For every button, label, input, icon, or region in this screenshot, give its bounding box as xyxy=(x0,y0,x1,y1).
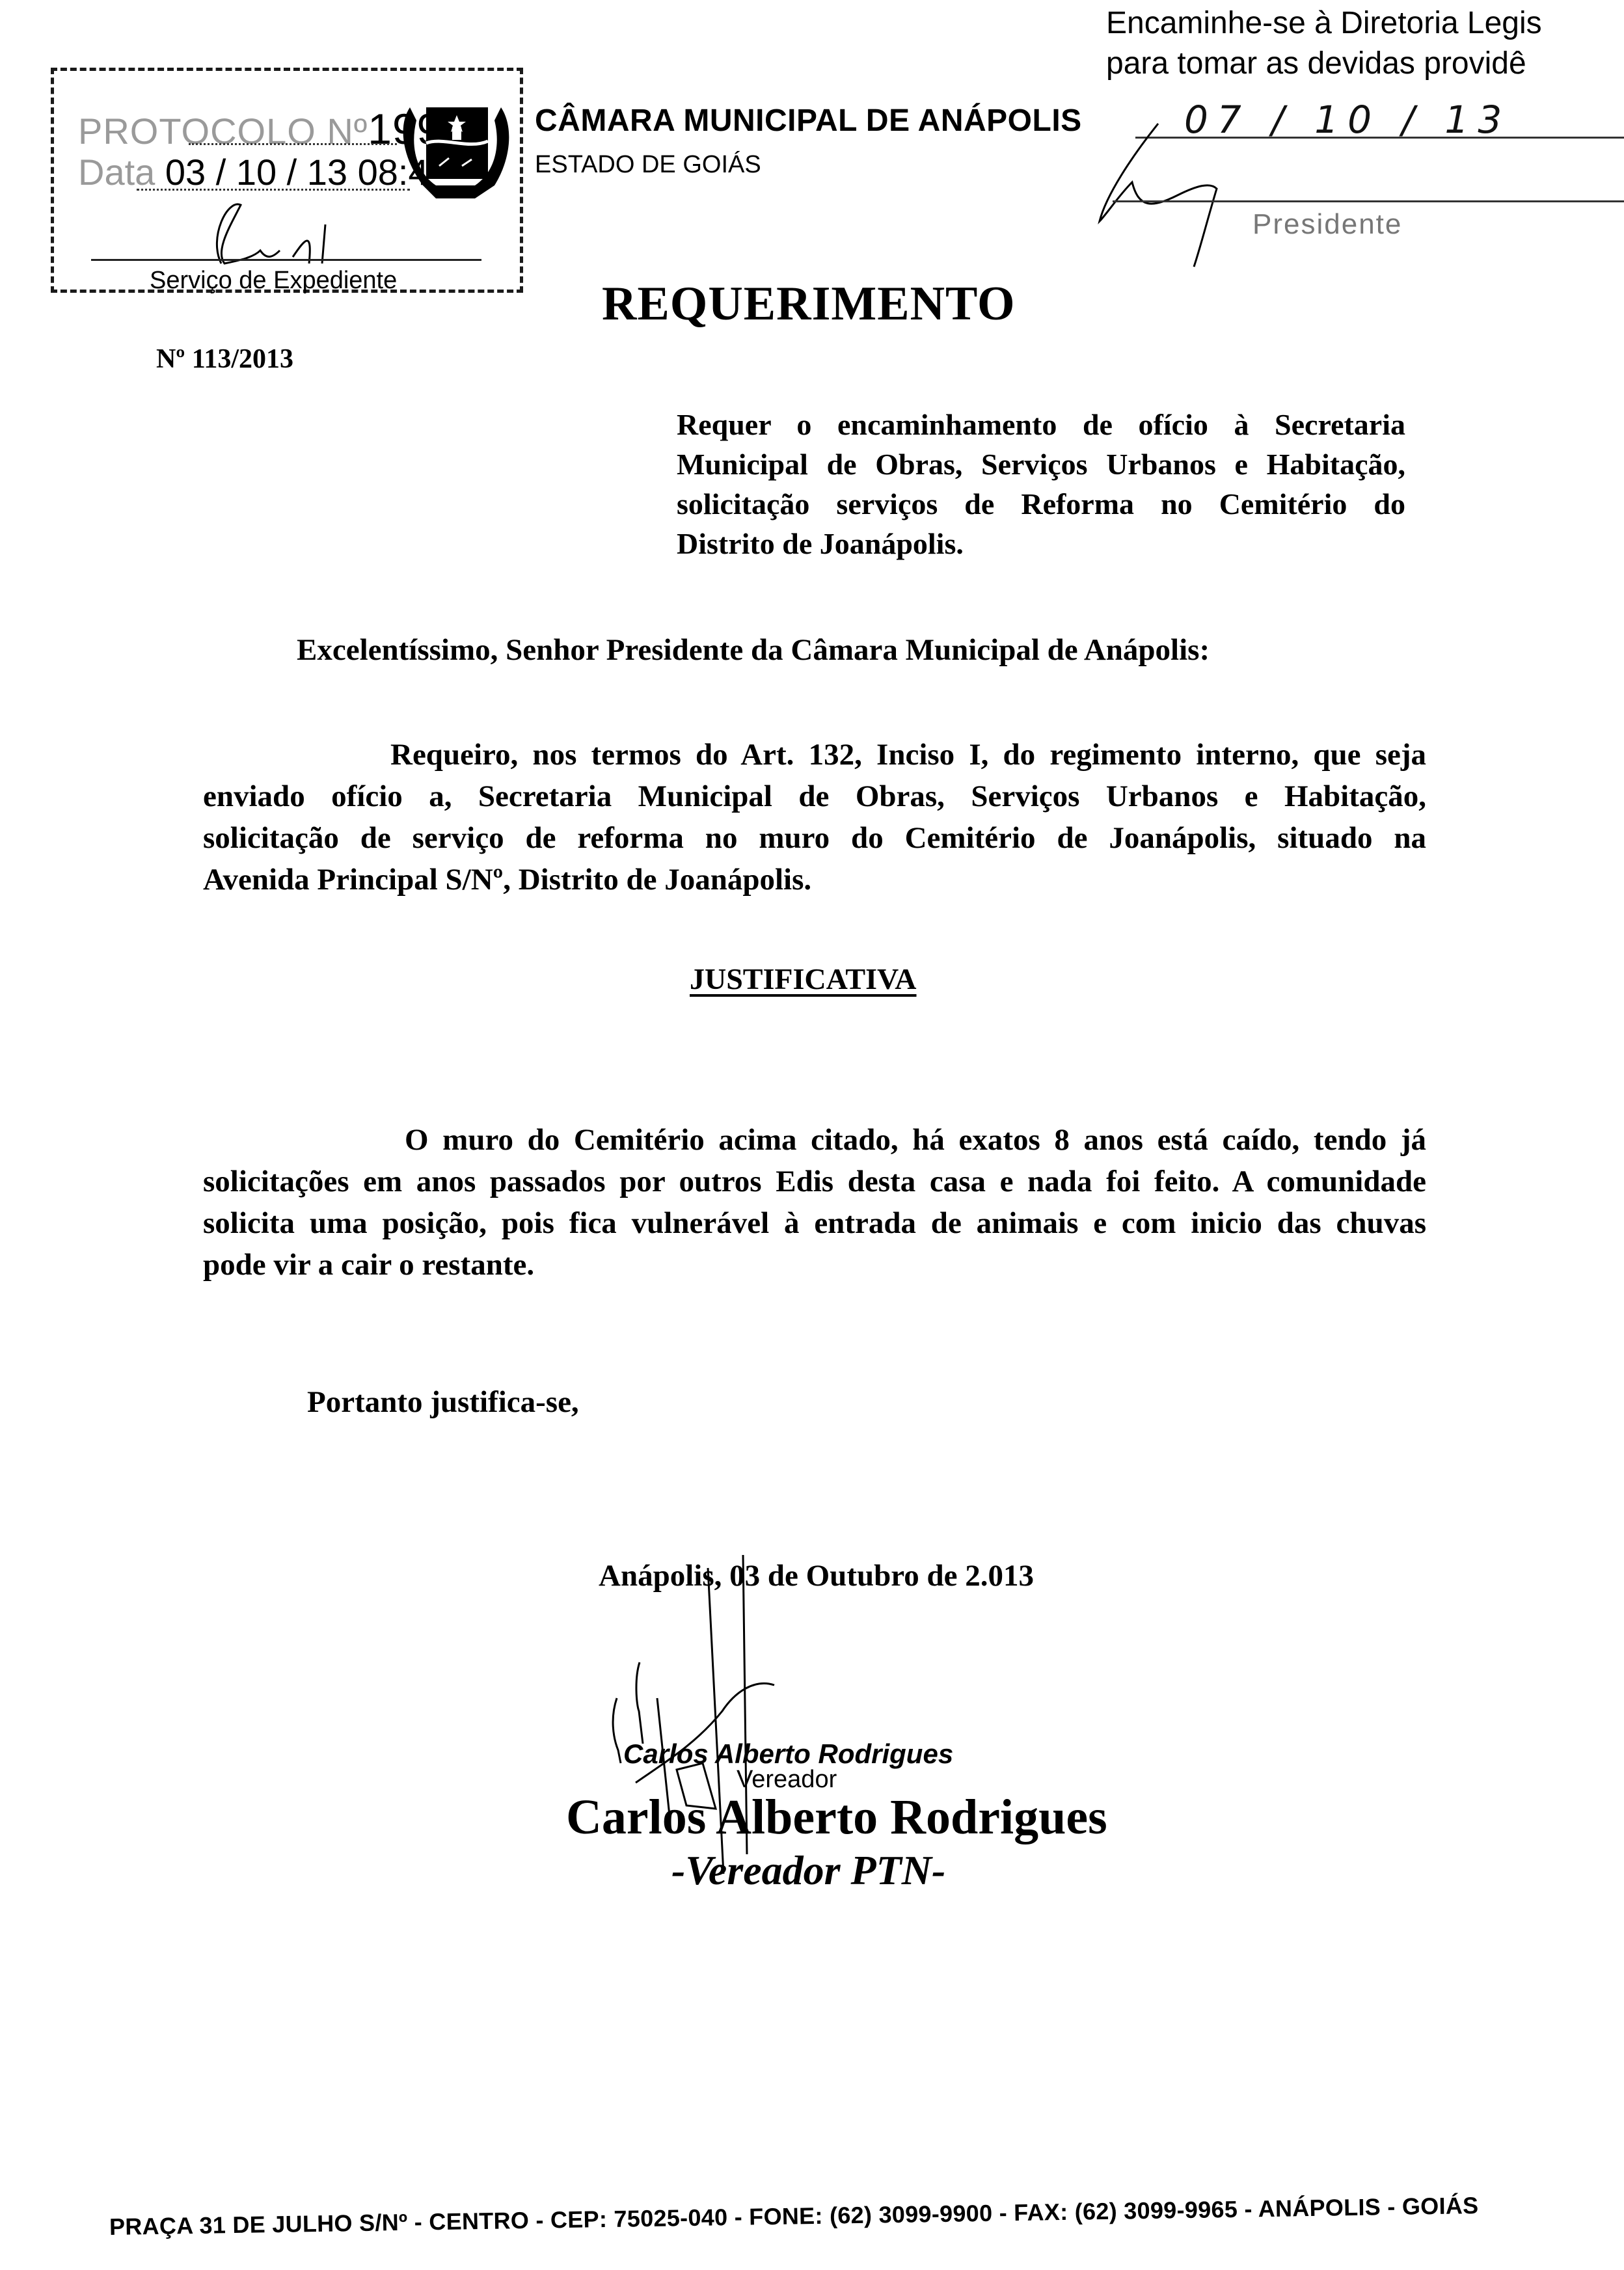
protocol-signature-line xyxy=(91,259,481,261)
protocol-caption: Serviço de Expediente xyxy=(150,267,397,295)
chamber-name: CÂMARA MUNICIPAL DE ANÁPOLIS xyxy=(535,103,1082,139)
summary-line: solicitação serviços de Reforma no Cemit… xyxy=(677,484,1405,524)
state-name: ESTADO DE GOIÁS xyxy=(535,151,761,179)
signer-role: -Vereador PTN- xyxy=(671,1846,945,1895)
document-summary: Requer o encaminhamento de ofício à Secr… xyxy=(677,405,1405,563)
summary-line: Municipal de Obras, Serviços Urbanos e H… xyxy=(677,444,1405,484)
signature-stamp-name: Carlos Alberto Rodrigues xyxy=(623,1738,953,1770)
justification-line: O muro do Cemitério acima citado, há exa… xyxy=(203,1119,1426,1161)
summary-line: Requer o encaminhamento de ofício à Secr… xyxy=(677,405,1405,444)
request-line: Requeiro, nos termos do Art. 132, Inciso… xyxy=(203,734,1426,776)
protocol-date-label: Data xyxy=(78,152,155,193)
request-line: Avenida Principal S/Nº, Distrito de Joan… xyxy=(203,859,1426,900)
coat-of-arms-icon xyxy=(397,81,514,205)
protocol-date-line: Data 03 / 10 / 13 08:4 xyxy=(78,151,429,193)
justification-paragraph: O muro do Cemitério acima citado, há exa… xyxy=(203,1119,1426,1286)
request-paragraph: Requeiro, nos termos do Art. 132, Inciso… xyxy=(203,734,1426,900)
protocol-label: PROTOCOLO Nº xyxy=(78,111,368,152)
document-number: Nº 113/2013 xyxy=(156,344,293,375)
salutation: Excelentíssimo, Senhor Presidente da Câm… xyxy=(297,632,1210,668)
justification-line: pode vir a cair o restante. xyxy=(203,1244,1426,1286)
signer-name: Carlos Alberto Rodrigues xyxy=(566,1789,1107,1846)
request-line: enviado ofício a, Secretaria Municipal d… xyxy=(203,776,1426,817)
president-label: Presidente xyxy=(1252,208,1402,241)
closing-text: Portanto justifica-se, xyxy=(307,1385,579,1420)
justification-line: solicitações em anos passados por outros… xyxy=(203,1161,1426,1202)
protocol-date: 03 / 10 / 13 xyxy=(165,152,347,193)
justification-line: solicita uma posição, pois fica vulneráv… xyxy=(203,1202,1426,1244)
request-line: solicitação de serviço de reforma no mur… xyxy=(203,817,1426,859)
footer-address: PRAÇA 31 DE JULHO S/Nº - CENTRO - CEP: 7… xyxy=(109,2192,1479,2241)
president-signature-icon xyxy=(1080,117,1249,273)
dispatch-line-1: Encaminhe-se à Diretoria Legis xyxy=(1106,5,1542,41)
protocol-number-underline xyxy=(189,143,397,145)
president-signature-line xyxy=(1113,200,1624,202)
summary-line: Distrito de Joanápolis. xyxy=(677,524,1405,563)
protocol-date-underline xyxy=(137,189,410,191)
dispatch-line-2: para tomar as devidas providê xyxy=(1106,46,1526,81)
justification-heading: JUSTIFICATIVA xyxy=(690,962,917,996)
document-title: REQUERIMENTO xyxy=(602,277,1016,332)
